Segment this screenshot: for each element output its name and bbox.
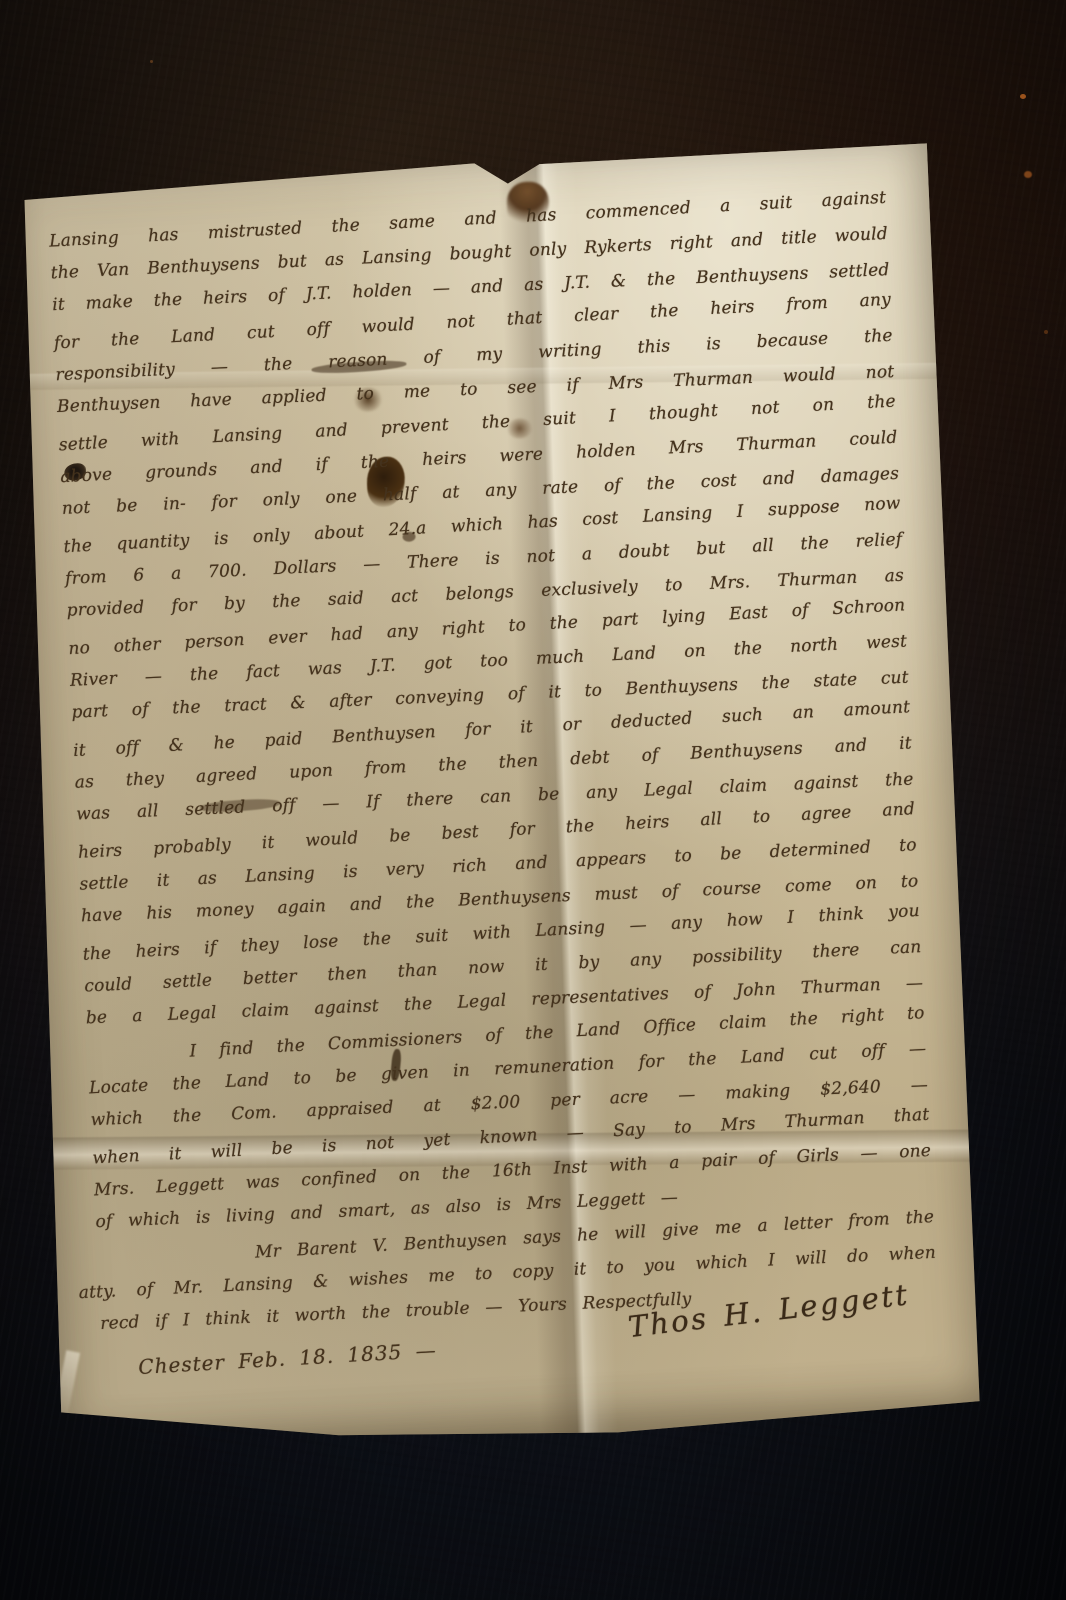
dust-speck — [1020, 94, 1026, 99]
dust-speck — [1024, 171, 1032, 178]
dateline: Chester Feb. 18. 1835 — — [138, 1338, 438, 1379]
dust-speck — [1044, 330, 1048, 334]
letter-paper: Lansing has mistrusted the same and has … — [0, 137, 989, 1461]
dust-speck — [150, 60, 153, 63]
letter-text: Lansing has mistrusted the same and has … — [0, 137, 987, 1411]
photograph: Lansing has mistrusted the same and has … — [0, 0, 1066, 1600]
